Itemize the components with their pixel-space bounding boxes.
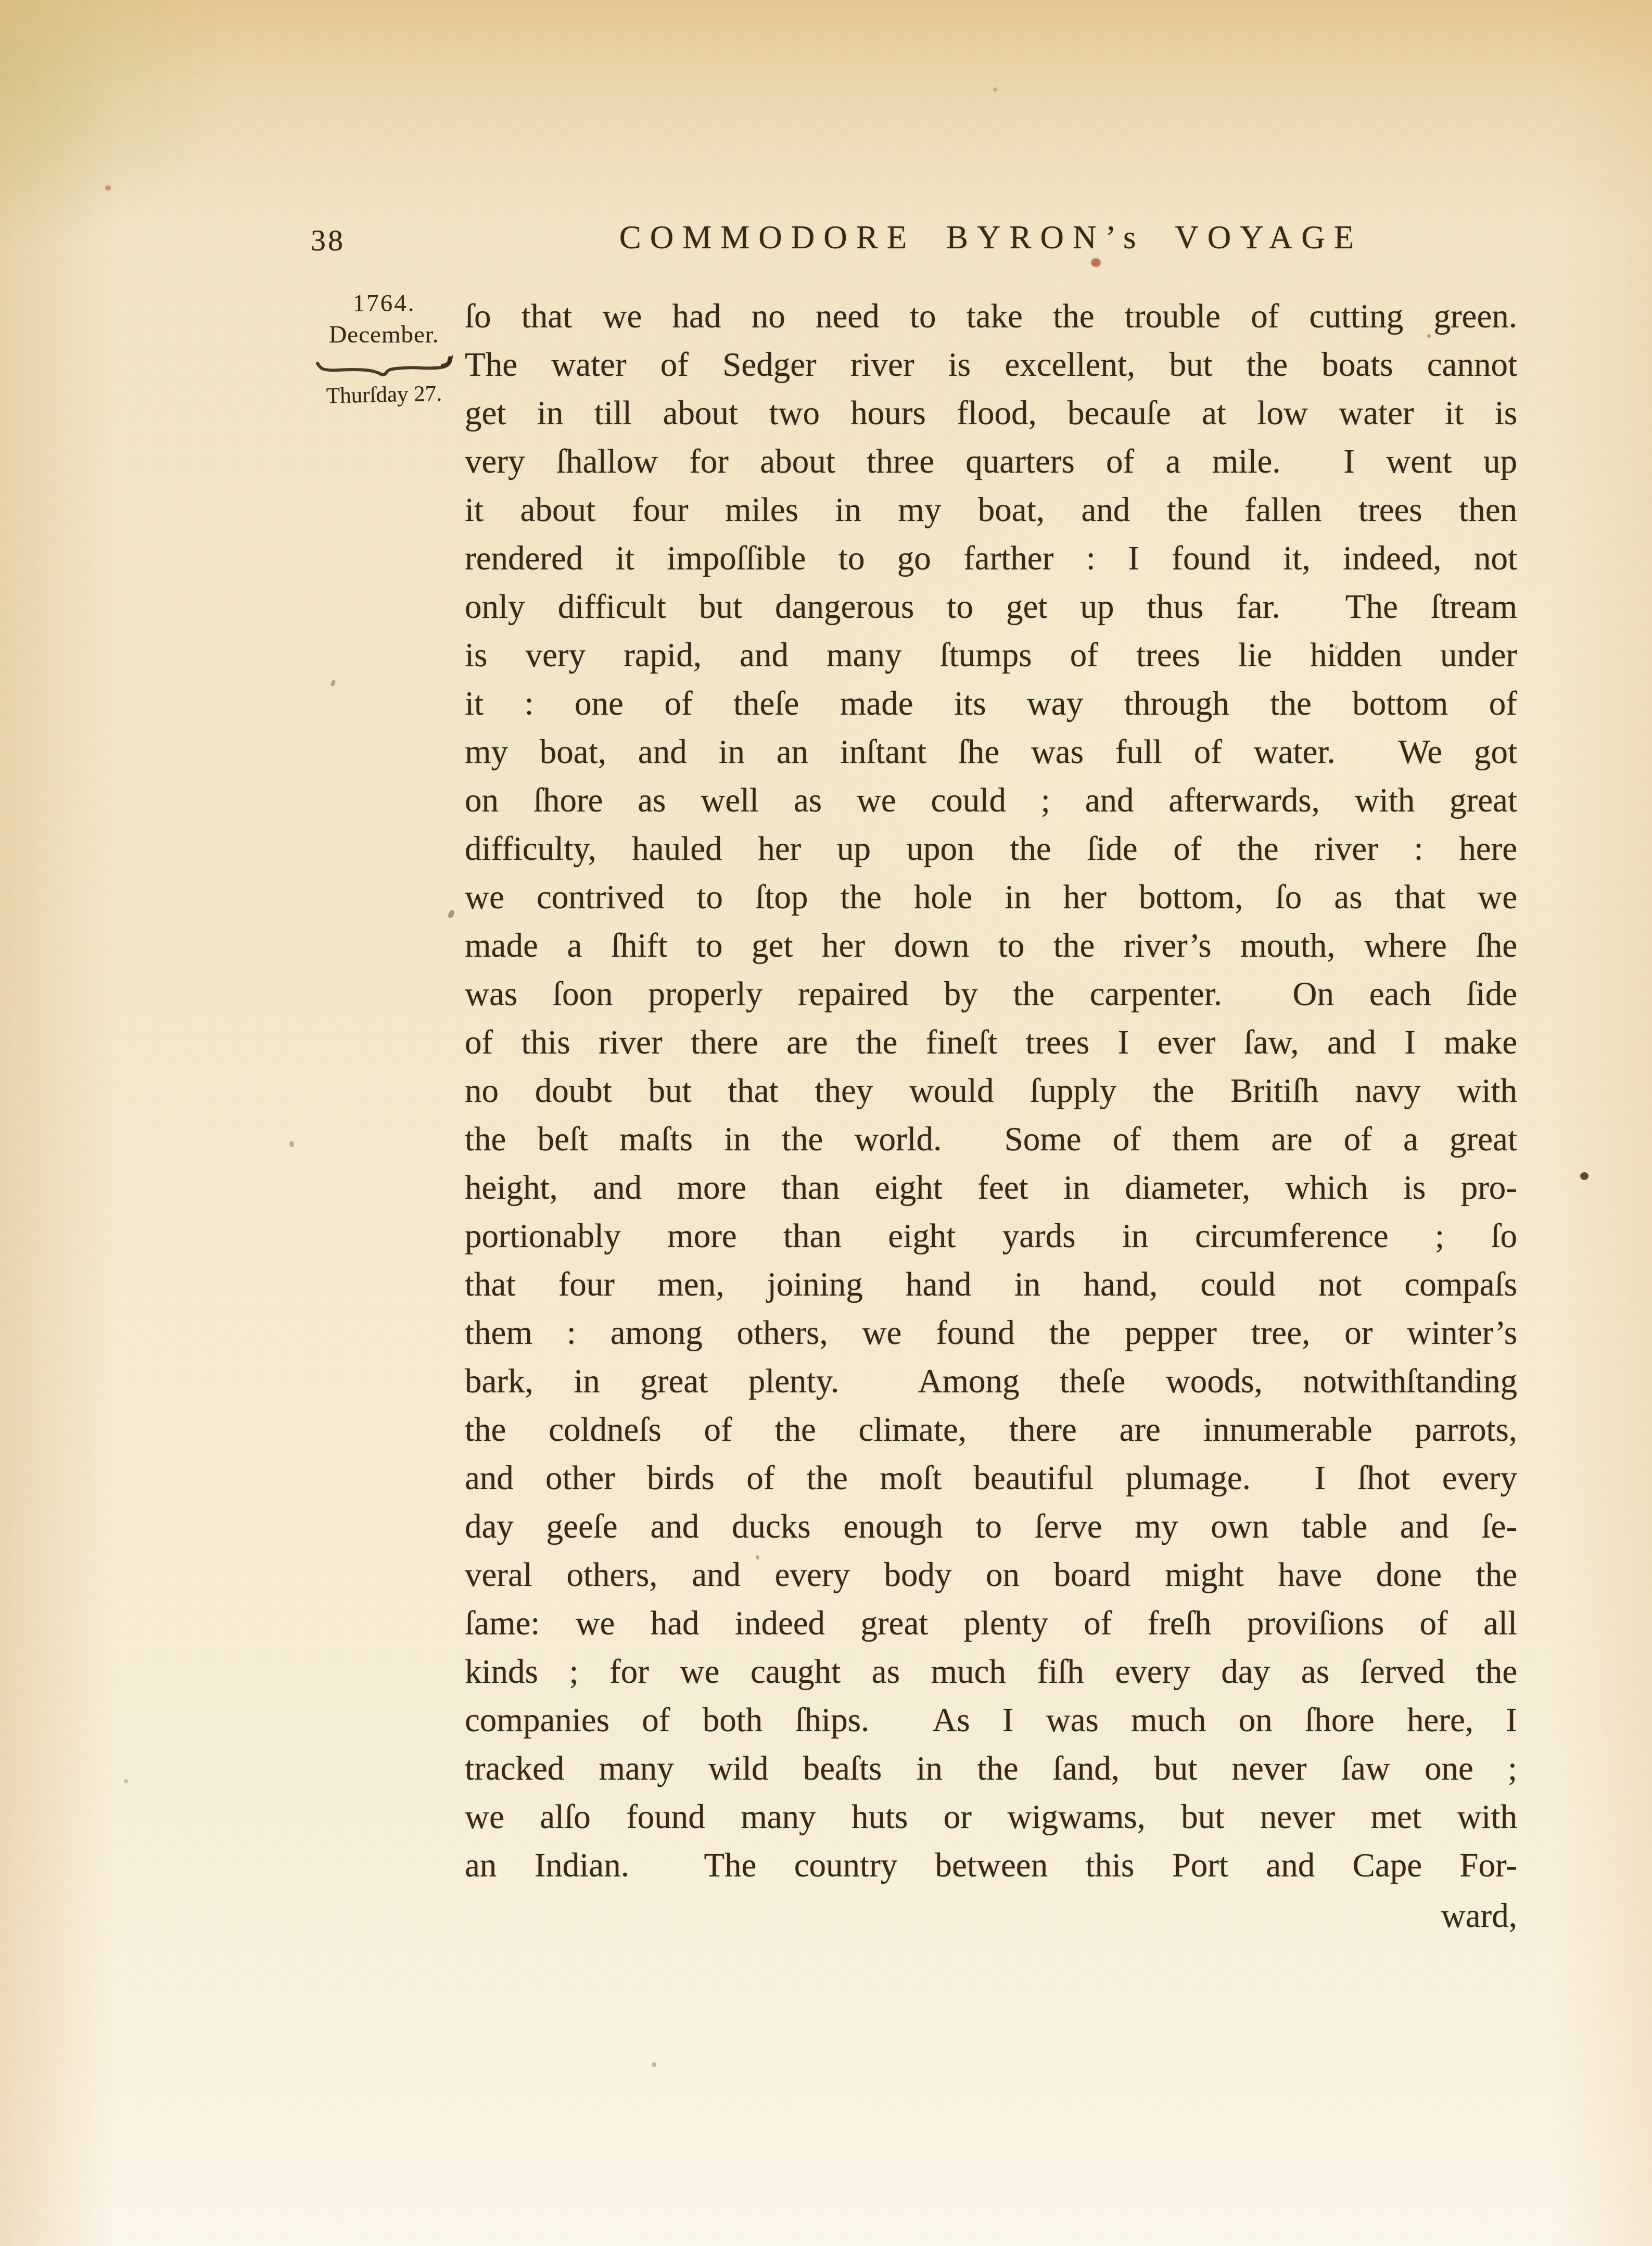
body-line: we alſo found many huts or wigwams, but … (465, 1793, 1517, 1842)
body-line: the beſt maſts in the world. Some of the… (465, 1115, 1517, 1164)
body-line: very ſhallow for about three quarters of… (465, 438, 1517, 486)
ink-speck-dark (1580, 1172, 1589, 1180)
swash-rule-icon (306, 354, 462, 378)
page-number: 38 (311, 223, 345, 258)
body-line: ſo that we had no need to take the troub… (465, 293, 1517, 341)
body-line: made a ſhift to get her down to the rive… (465, 922, 1517, 970)
body-line: companies of both ſhips. As I was much o… (465, 1696, 1517, 1745)
body-line: ſame: we had indeed great plenty of freſ… (465, 1600, 1517, 1648)
body-line: The water of Sedger river is excellent, … (465, 341, 1517, 389)
running-header: COMMODORE BYRON’s VOYAGE (465, 219, 1517, 257)
body-line: on ſhore as well as we could ; and after… (465, 777, 1517, 825)
body-line: it about four miles in my boat, and the … (465, 486, 1517, 535)
body-line: height, and more than eight feet in diam… (465, 1164, 1517, 1212)
ink-speck (289, 1140, 295, 1148)
ink-speck (993, 87, 997, 92)
ink-speck (1335, 645, 1338, 649)
body-line: rendered it impoſſible to go farther : I… (465, 535, 1517, 583)
body-line: no doubt but that they would ſupply the … (465, 1067, 1517, 1115)
body-line: it : one of theſe made its way through t… (465, 680, 1517, 728)
ink-speck (330, 679, 336, 687)
body-line: was ſoon properly repaired by the carpen… (465, 970, 1517, 1019)
body-line: bark, in great plenty. Among theſe woods… (465, 1357, 1517, 1406)
body-line: portionably more than eight yards in cir… (465, 1212, 1517, 1261)
body-line: of this river there are the fineſt trees… (465, 1019, 1517, 1067)
margin-note-year: 1764. (306, 289, 462, 318)
ink-speck (652, 2062, 656, 2067)
margin-note-day: Thurſday 27. (306, 380, 462, 410)
body-line: is very rapid, and many ſtumps of trees … (465, 631, 1517, 680)
ink-speck (756, 1555, 759, 1559)
body-line: kinds ; for we caught as much fiſh every… (465, 1648, 1517, 1696)
body-line: an Indian. The country between this Port… (465, 1842, 1517, 1890)
ink-speck-red (1091, 258, 1101, 267)
body-line: only difficult but dangerous to get up t… (465, 583, 1517, 631)
margin-note-month: December. (306, 321, 462, 349)
body-line: that four men, joining hand in hand, cou… (465, 1261, 1517, 1309)
catchword: ward, (465, 1892, 1517, 1940)
body-text: ſo that we had no need to take the troub… (465, 293, 1517, 1940)
body-line: difficulty, hauled her up upon the ſide … (465, 825, 1517, 873)
ink-speck (124, 1779, 128, 1783)
body-line: get in till about two hours flood, becau… (465, 389, 1517, 438)
body-line: tracked many wild beaſts in the ſand, bu… (465, 1745, 1517, 1793)
body-line: my boat, and in an inſtant ſhe was full … (465, 728, 1517, 777)
body-line: the coldneſs of the climate, there are i… (465, 1406, 1517, 1454)
book-page-scan: 38 COMMODORE BYRON’s VOYAGE 1764. Decemb… (0, 0, 1652, 2246)
body-line: veral others, and every body on board mi… (465, 1551, 1517, 1600)
body-line: we contrived to ſtop the hole in her bot… (465, 873, 1517, 922)
ink-speck (1427, 334, 1431, 338)
margin-date-note: 1764. December. Thurſday 27. (306, 289, 462, 408)
ink-speck (447, 909, 455, 919)
body-line: and other birds of the moſt beautiful pl… (465, 1454, 1517, 1503)
ink-speck-red (105, 185, 111, 191)
body-line: them : among others, we found the pepper… (465, 1309, 1517, 1357)
body-line: day geeſe and ducks enough to ſerve my o… (465, 1503, 1517, 1551)
